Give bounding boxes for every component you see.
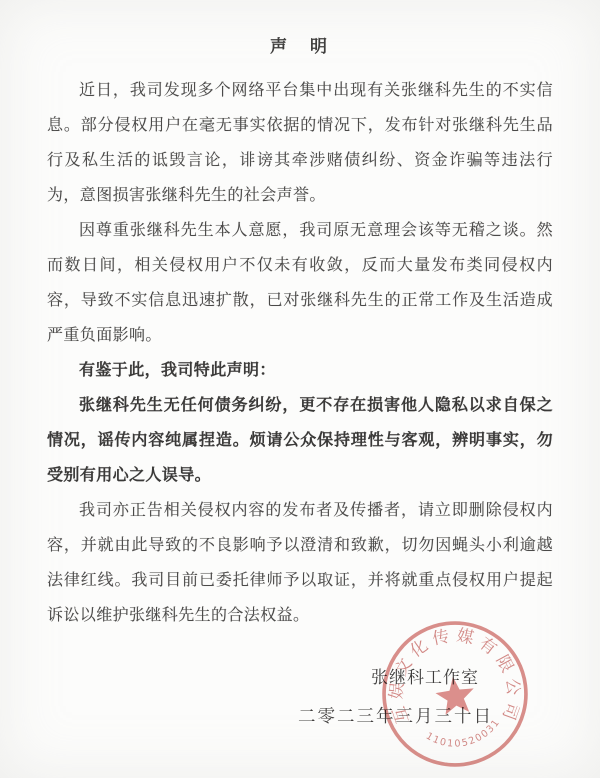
signature-block: 张继科工作室 二零二三年三月三十日 [47, 663, 553, 731]
statement-paragraph: 张继科先生无任何债务纠纷，更不存在损害他人隐私以求自保之情况，谣传内容纯属捏造。… [47, 388, 553, 493]
signature-date: 二零二三年三月三十日 [47, 701, 493, 731]
signature-studio-name: 张继科工作室 [47, 663, 479, 693]
statement-paragraph: 我司亦正告相关侵权内容的发布者及传播者，请立即删除侵权内容，并就由此导致的不良影… [47, 493, 553, 633]
statement-body: 近日，我司发现多个网络平台集中出现有关张继科先生的不实信息。部分侵权用户在毫无事… [47, 73, 553, 633]
statement-paragraph: 近日，我司发现多个网络平台集中出现有关张继科先生的不实信息。部分侵权用户在毫无事… [47, 73, 553, 213]
statement-paragraph: 有鉴于此，我司特此声明： [47, 353, 553, 388]
statement-paragraph: 因尊重张继科先生本人意愿，我司原无意理会该等无稽之谈。然而数日间，相关侵权用户不… [47, 213, 553, 353]
page-title: 声 明 [47, 34, 553, 60]
statement-document-page: 声 明 近日，我司发现多个网络平台集中出现有关张继科先生的不实信息。部分侵权用户… [0, 0, 600, 778]
